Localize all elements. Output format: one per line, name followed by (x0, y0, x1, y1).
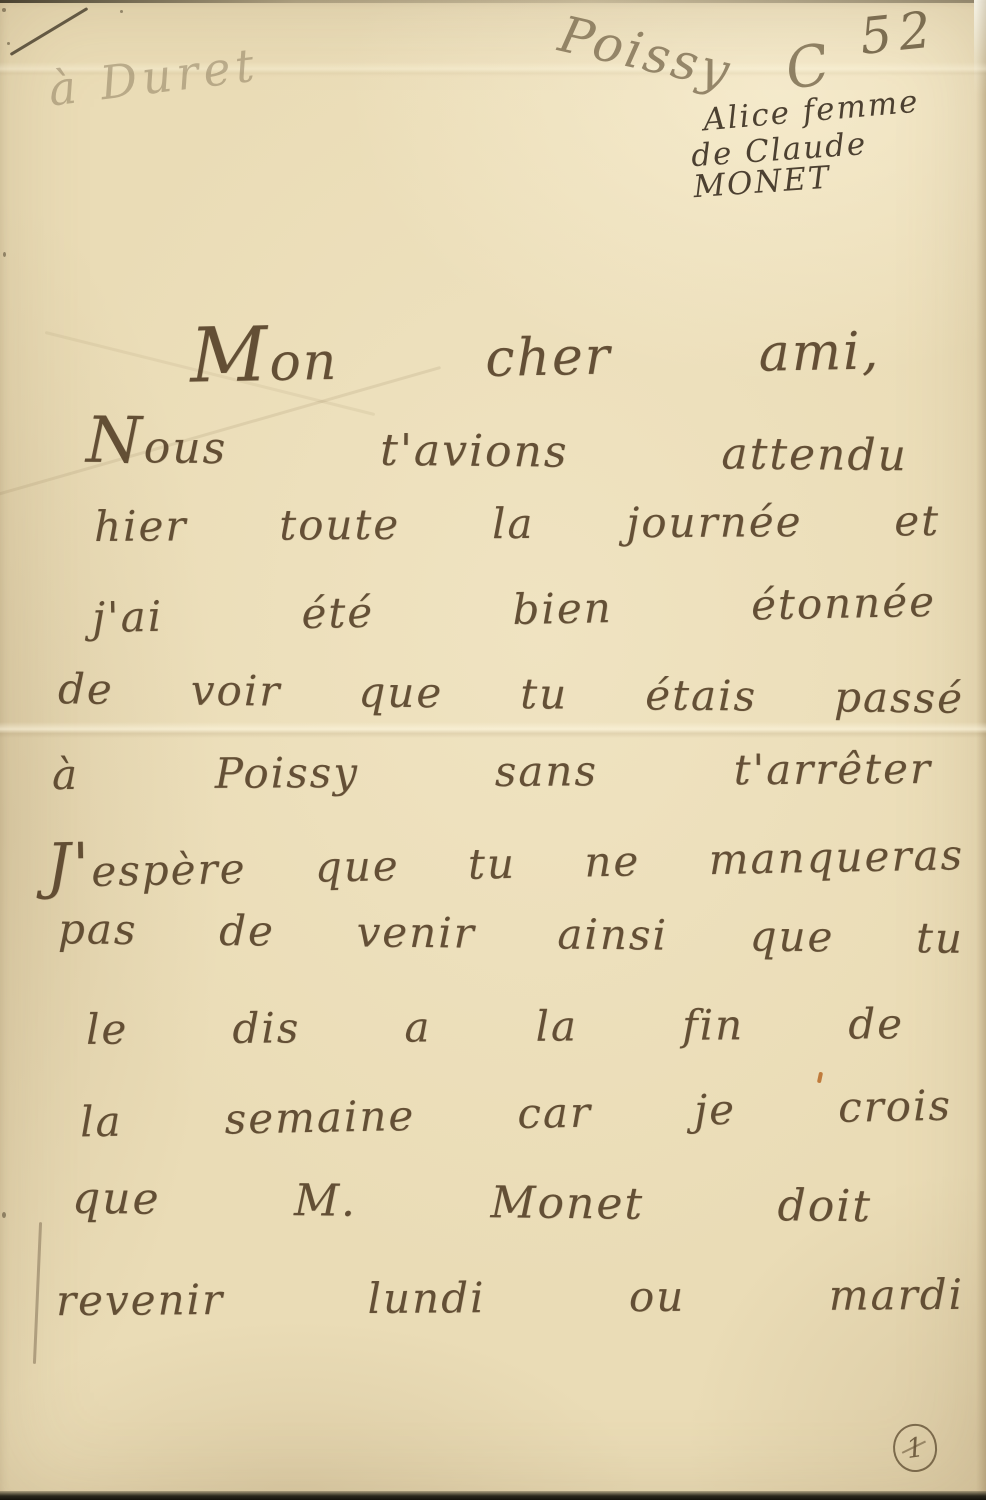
paper-speck (2, 8, 6, 12)
letter-line: la semaine car je crois (80, 1084, 953, 1145)
letter-line: revenir lundi ou mardi (56, 1273, 964, 1323)
paper-speck (120, 10, 123, 13)
corner-ink-stroke (10, 7, 89, 56)
letter-scan-page: à Duret Poissy C 52 Alice femme de Claud… (0, 0, 986, 1500)
letter-line: de voir que tu étais passé (58, 667, 964, 721)
pencil-margin-mark (33, 1222, 42, 1364)
letter-line: J'espère que tu ne manqueras (45, 817, 964, 899)
letter-line: que M. Monet doit (72, 1176, 872, 1231)
letter-line: j'ai été bien étonnée (92, 580, 937, 640)
page-number-badge: 1 (890, 1421, 940, 1475)
scan-right-edge-shade (976, 0, 986, 1500)
paper-speck (2, 1212, 6, 1218)
catalog-letter-annotation: C (781, 37, 833, 100)
pencil-annotation-place: Poissy (555, 9, 737, 97)
page-number: 1 (904, 1431, 925, 1464)
letter-line: hier toute la journée et (94, 499, 940, 549)
paper-speck (3, 252, 6, 257)
letter-line: à Poissy sans t'arrêter (52, 747, 932, 797)
ink-fleck (817, 1072, 823, 1084)
catalog-number-annotation: 52 (858, 4, 940, 62)
letter-line: le dis a la fin de (86, 1002, 904, 1052)
letter-line: Mon cher ami, (189, 303, 880, 395)
paper-fold-crease (0, 722, 986, 738)
letter-line: Nous t'avions attendu (86, 408, 909, 484)
paper-speck (7, 42, 10, 45)
scan-bottom-edge (0, 1491, 986, 1500)
pencil-annotation-recipient: à Duret (46, 41, 261, 112)
letter-line: pas de venir ainsi que tu (58, 907, 964, 961)
scan-top-edge (0, 0, 986, 3)
